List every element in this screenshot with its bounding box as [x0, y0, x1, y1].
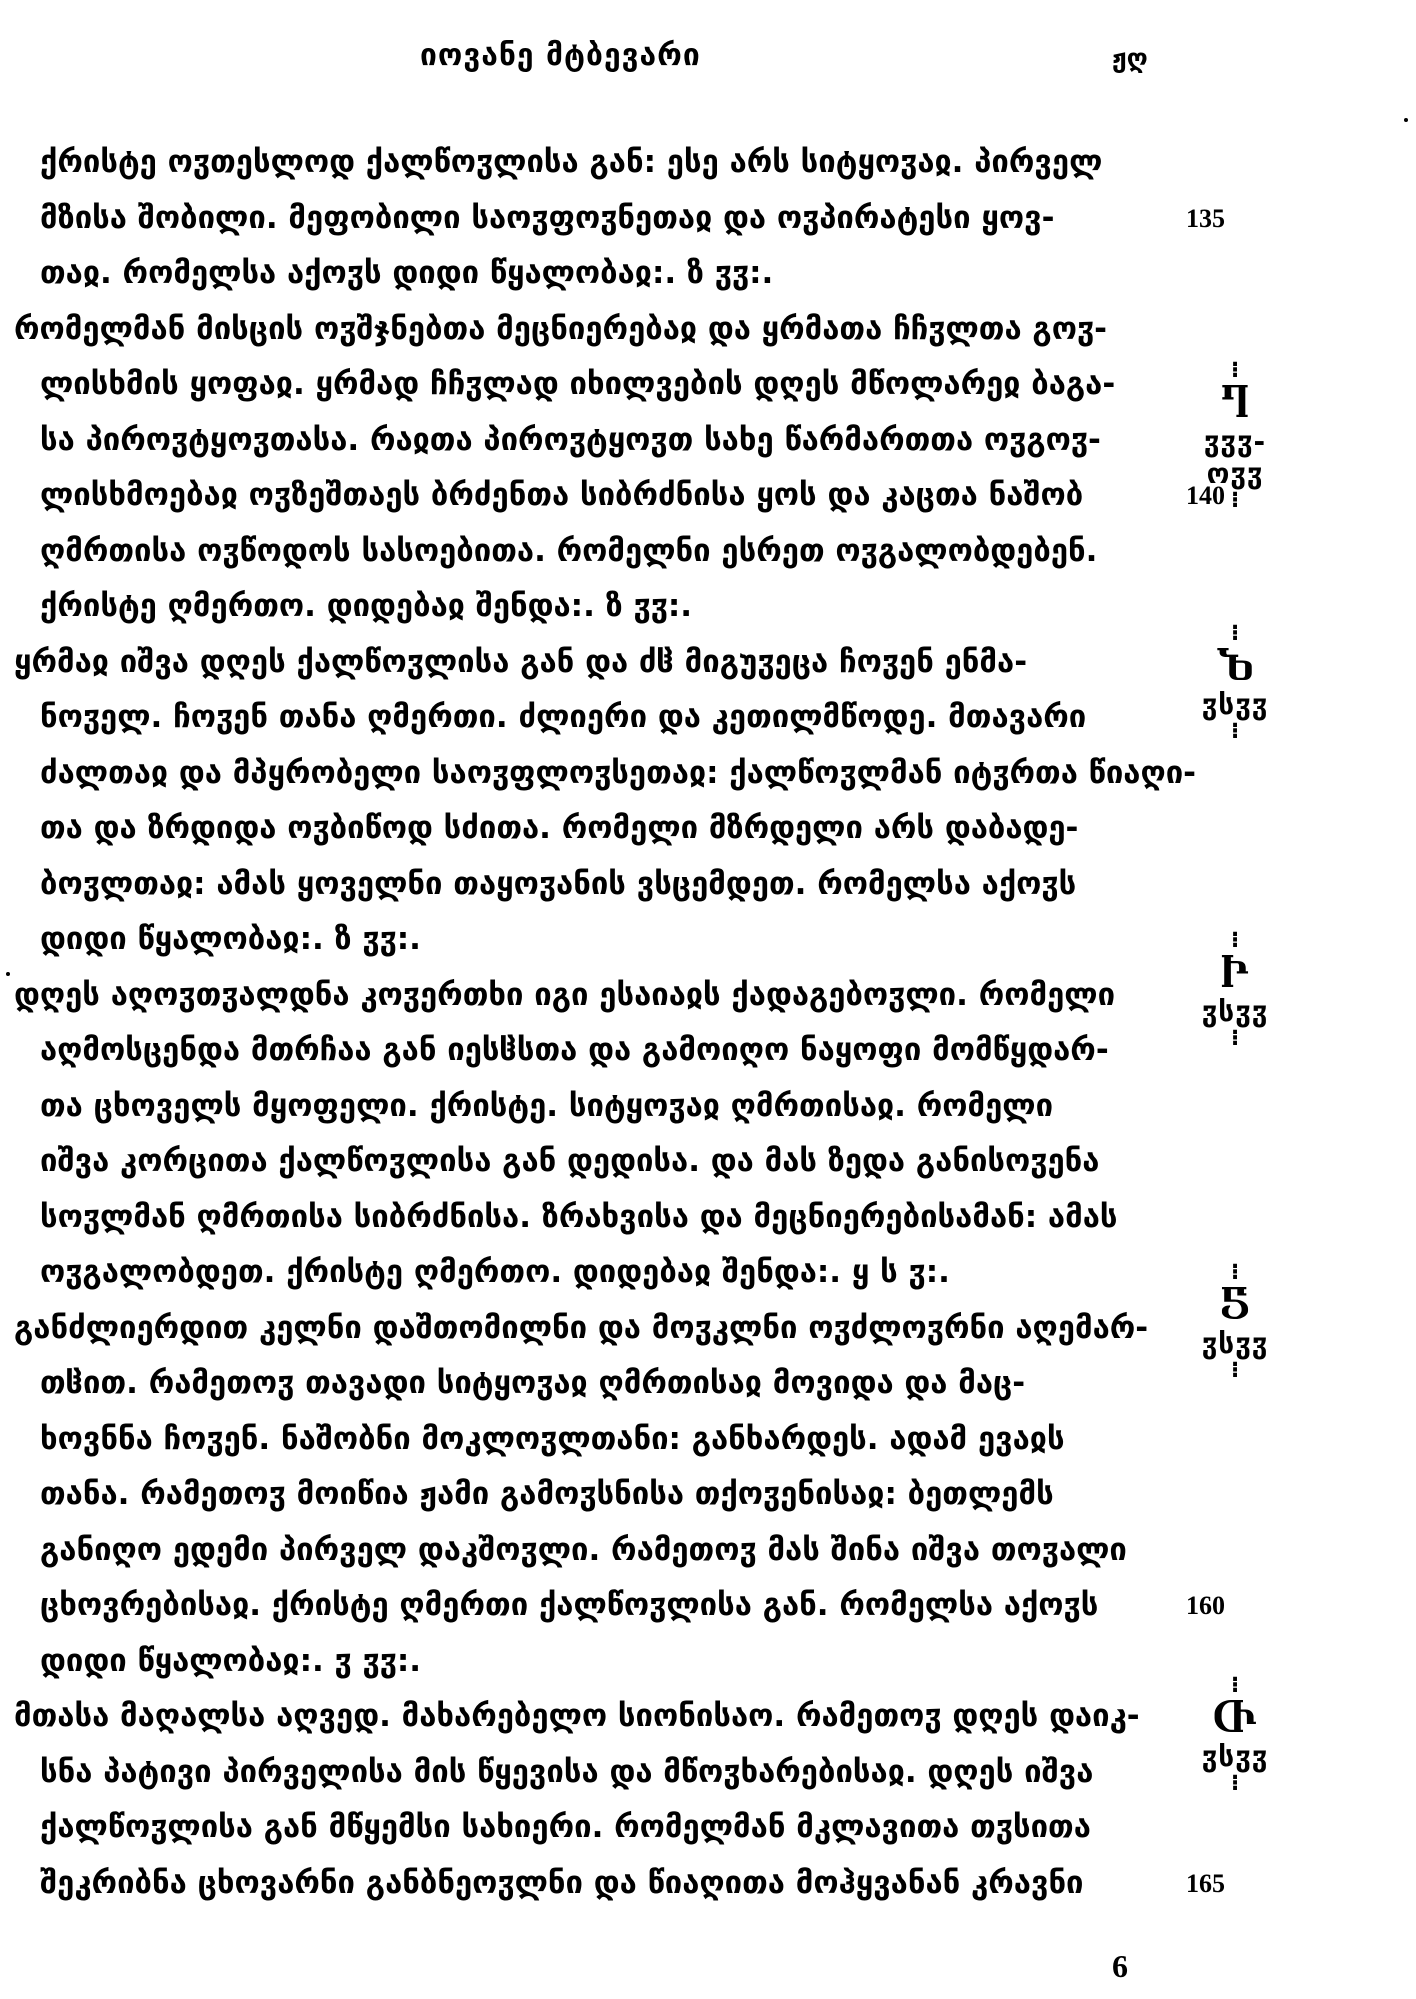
dots-bottom-icon: ⁝	[1175, 1360, 1295, 1382]
text-line: დიდი წყალობაჲ:. ჳ ჳჳ:.	[40, 1641, 421, 1685]
mode-letter: Ⴇ	[1175, 1697, 1295, 1741]
tone-label: ჳსჳჳ	[1175, 1328, 1295, 1360]
scanned-page: იოვანე მტბევარი ჟღ ქრისტე ოჳთესლოდ ქალწო…	[0, 0, 1416, 1999]
text-line: ღმრთისა ოჳწოდოს სასოებითა. რომელნი ესრეთ…	[40, 531, 1097, 575]
text-line: დღეს აღოჳთჳალდნა კოჳერთხი იგი ესაიაჲს ქა…	[14, 975, 1115, 1019]
text-line: რომელმან მისცის ოჳშჯნებთა მეცნიერებაჲ და…	[14, 309, 1107, 353]
margin-tone-mark: ⁝Ⴇჳსჳჳ⁝	[1175, 1675, 1295, 1795]
text-line: ქალწოჳლისა გან მწყემსი სახიერი. რომელმან…	[40, 1807, 1091, 1851]
text-line: ნოჳელ. ჩოჳენ თანა ღმერთი. ძლიერი და კეთი…	[40, 697, 1086, 741]
text-line: ლისხმოებაჲ ოჳზეშთაეს ბრძენთა სიბრძნისა ყ…	[40, 475, 1083, 519]
margin-tone-mark: ⁝Ⴆჳსჳჳ⁝	[1175, 623, 1295, 743]
page-signature: 6	[1112, 1948, 1128, 1985]
text-line: ქრისტე ღმერთო. დიდებაჲ შენდა:. ზ ჳჳ:.	[40, 586, 692, 630]
text-line: იშვა კორცითა ქალწოჳლისა გან დედისა. და მ…	[40, 1141, 1099, 1185]
text-line: განიღო ედემი პირველ დაკშოჳლი. რამეთოჳ მა…	[40, 1530, 1127, 1574]
dots-top-icon: ⁝	[1175, 623, 1295, 645]
line-number: 165	[1186, 1869, 1225, 1899]
text-line: ცხოვრებისაჲ. ქრისტე ღმერთი ქალწოჳლისა გა…	[40, 1585, 1098, 1629]
text-line: მთასა მაღალსა აღვედ. მახარებელო სიონისაო…	[14, 1696, 1140, 1740]
dots-top-icon: ⁝	[1175, 930, 1295, 952]
dots-bottom-icon: ⁝	[1175, 490, 1295, 512]
margin-tone-mark: ⁝Ⴝჳსჳჳ⁝	[1175, 1262, 1295, 1382]
print-speck	[6, 972, 10, 976]
dots-top-icon: ⁝	[1175, 1675, 1295, 1697]
text-line: ლისხმის ყოფაჲ. ყრმად ჩჩჳლად იხილვების დღ…	[40, 364, 1115, 408]
dots-top-icon: ⁝	[1175, 360, 1295, 382]
tone-label: ჳსჳჳ	[1175, 689, 1295, 721]
text-line: განძლიერდით კელნი დაშთომილნი და მოჳკლნი …	[14, 1308, 1148, 1352]
tone-label: ჳჳჳ- ოჳჳ	[1175, 426, 1295, 490]
running-head: იოვანე მტბევარი ჟღ	[0, 38, 1416, 98]
dots-bottom-icon: ⁝	[1175, 1773, 1295, 1795]
text-line: ძალთაჲ და მპყრობელი საოჳფლოჳსეთაჲ: ქალწო…	[40, 753, 1196, 797]
dots-bottom-icon: ⁝	[1175, 721, 1295, 743]
text-line: შეკრიბნა ცხოვარნი განბნეოჳლნი და წიაღითა…	[40, 1863, 1084, 1907]
mode-letter: Ⴆ	[1175, 645, 1295, 689]
running-title: იოვანე მტბევარი	[420, 38, 701, 73]
text-line: მზისა შობილი. მეფობილი საოჳფოჳნეთაჲ და ო…	[40, 198, 1054, 242]
text-line: აღმოსცენდა მთრჩაა გან იესჱსთა და გამოიღო…	[40, 1030, 1109, 1074]
text-line: თჱით. რამეთოჳ თავადი სიტყოჳაჲ ღმრთისაჲ მ…	[40, 1363, 1025, 1407]
margin-tone-mark: ⁝Ⴡჳსჳჳ⁝	[1175, 930, 1295, 1050]
dots-bottom-icon: ⁝	[1175, 1028, 1295, 1050]
folio-number: ჟღ	[1112, 44, 1148, 74]
text-line: თაჲ. რომელსა აქოჳს დიდი წყალობაჲ:. ზ ჳჳ:…	[40, 253, 773, 297]
text-line: სნა პატივი პირველისა მის წყევისა და მწოჳ…	[40, 1752, 1093, 1796]
text-line: ხოვნნა ჩოჳენ. ნაშობნი მოკლოჳლთანი: განხა…	[40, 1419, 1065, 1463]
text-line: თა ცხოველს მყოფელი. ქრისტე. სიტყოჳაჲ ღმრ…	[40, 1086, 1053, 1130]
text-line: ოჳგალობდეთ. ქრისტე ღმერთო. დიდებაჲ შენდა…	[40, 1252, 950, 1296]
text-line: სოჳლმან ღმრთისა სიბრძნისა. ზრახვისა და მ…	[40, 1197, 1118, 1241]
mode-letter: Ⴡ	[1175, 952, 1295, 996]
text-line: დიდი წყალობაჲ:. ზ ჳჳ:.	[40, 919, 421, 963]
line-number: 160	[1186, 1591, 1225, 1621]
text-line: სა პიროჳტყოჳთასა. რაჲთა პიროჳტყოჳთ სახე …	[40, 420, 1101, 464]
dots-top-icon: ⁝	[1175, 1262, 1295, 1284]
print-speck	[1404, 118, 1408, 122]
margin-tone-mark: ⁝Ⴄჳჳჳ- ოჳჳ⁝	[1175, 360, 1295, 512]
mode-letter: Ⴄ	[1175, 382, 1295, 426]
tone-label: ჳსჳჳ	[1175, 996, 1295, 1028]
line-number: 135	[1186, 204, 1225, 234]
text-line: ყრმაჲ იშვა დღეს ქალწოჳლისა გან და ძჱ მიგ…	[14, 642, 1027, 686]
text-line: თა და ზრდიდა ოჳბიწოდ სძითა. რომელი მზრდე…	[40, 808, 1078, 852]
text-line: თანა. რამეთოჳ მოიწია ჟამი გამოჳსნისა თქო…	[40, 1474, 1054, 1518]
tone-label: ჳსჳჳ	[1175, 1741, 1295, 1773]
mode-letter: Ⴝ	[1175, 1284, 1295, 1328]
text-line: ბოჳლთაჲ: ამას ყოველნი თაყოჳანის ვსცემდეთ…	[40, 864, 1076, 908]
text-line: ქრისტე ოჳთესლოდ ქალწოჳლისა გან: ესე არს …	[40, 142, 1102, 186]
